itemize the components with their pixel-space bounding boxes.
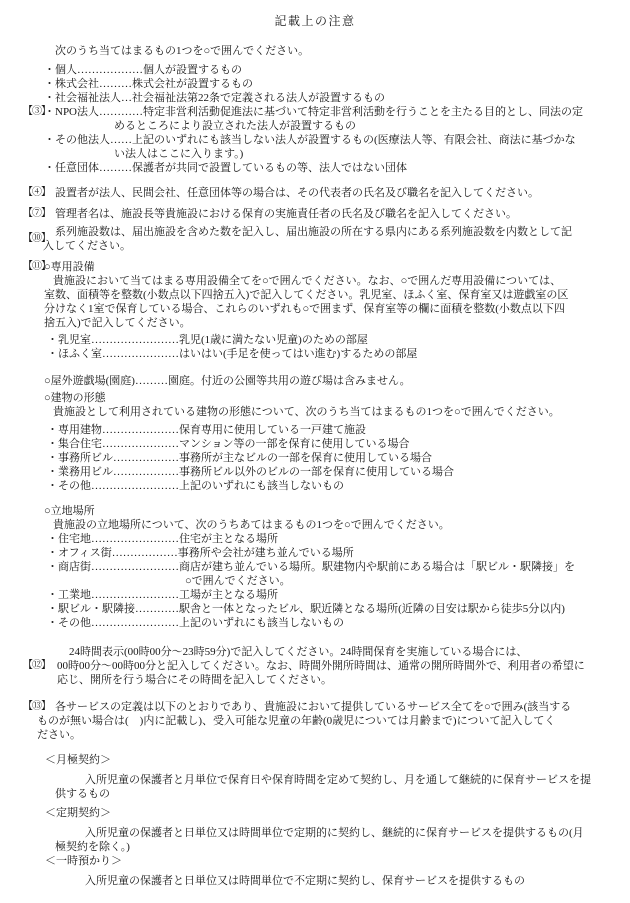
- contract-monthly-body-2: 供するもの: [0, 787, 630, 801]
- note-10-line-2: 【⑩】 入してください。: [0, 239, 630, 253]
- location-heading: ○立地場所: [0, 504, 630, 518]
- equip-para-4: 捨五入)で記入してください。: [0, 316, 630, 330]
- note-7-text: 管理者名は、施設長等貴施設における保育の実施責任者の氏名及び職名を記入してくださ…: [55, 208, 517, 220]
- note-12-text-2: 00時00分〜00時00分と記入してください。なお、時間外開所時間は、通常の開所…: [57, 660, 585, 672]
- note-4-text: 設置者が法人、民間会社、任意団体等の場合は、その代表者の氏名及び職名を記入してく…: [55, 187, 539, 199]
- equip-item-nyujishitsu: ・乳児室……………………乳児(1歳に満たない児童)のための部屋: [0, 333, 630, 347]
- location-item-jutaku: ・住宅地……………………住宅が主となる場所: [0, 532, 630, 546]
- setter-item-npo-text: ・NPO法人…………特定非営利活動促進法に基づいて特定非営利活動を行うことを主た…: [44, 106, 583, 118]
- setter-item-sonota: ・その他法人……上記のいずれにも該当しない法人が設置するもの(医療法人等、有限会…: [0, 133, 630, 147]
- building-item-senyo: ・専用建物…………………保育専用に使用している一戸建て施設: [0, 423, 630, 437]
- equip-heading-text: ○専用設備: [44, 261, 95, 273]
- location-item-office: ・オフィス街………………事務所や会社が建ち並んでいる場所: [0, 546, 630, 560]
- building-item-jimusho: ・事務所ビル………………事務所が主なビルの一部を保育に使用している場合: [0, 451, 630, 465]
- building-item-shugo: ・集合住宅…………………マンション等の一部を保育に使用している場合: [0, 437, 630, 451]
- setter-item-kojin: ・個人………………個人が設置するもの: [0, 63, 630, 77]
- location-item-sonota: ・その他……………………上記のいずれにも該当しないもの: [0, 616, 630, 630]
- location-item-shoten-cont: ○で囲んでください。: [0, 574, 630, 588]
- location-item-kogyo: ・工業地……………………工場が主となる場所: [0, 588, 630, 602]
- marker-12: 【⑫】: [23, 659, 50, 673]
- playground-line: ○屋外遊戯場(園庭)………園庭。付近の公園等共用の遊び場は含みません。: [0, 374, 630, 388]
- marker-7: 【⑦】: [23, 207, 50, 221]
- contract-monthly-body-1: 入所児童の保護者と月単位で保育日や保育時間を定めて契約し、月を通して継続的に保育…: [0, 773, 630, 787]
- building-lead: 貴施設として利用されている建物の形態について、次のうち当てはまるもの1つを○で囲…: [0, 405, 630, 419]
- building-item-gyomu: ・業務用ビル………………事務所ビル以外のビルの一部を保育に使用している場合: [0, 465, 630, 479]
- contract-monthly-heading: ＜月極契約＞: [0, 753, 630, 767]
- setter-item-npo: 【③】 ・NPO法人…………特定非営利活動促進法に基づいて特定非営利活動を行うこ…: [0, 105, 630, 119]
- setter-item-kabushiki: ・株式会社………株式会社が設置するもの: [0, 77, 630, 91]
- document-page: 記載上の注意 次のうち当てはまるもの1つを○で囲んでください。 ・個人………………: [0, 0, 630, 903]
- note-13-line-3: ださい。: [0, 728, 630, 742]
- contract-regular-heading: ＜定期契約＞: [0, 806, 630, 820]
- note-10-line-1: 系列施設数は、届出施設を含めた数を記入し、届出施設の所在する県内にある系列施設数…: [0, 225, 630, 239]
- note-12-line-3: 応じ、開所を行う場合にその時間を記入してください。: [0, 673, 630, 687]
- contract-temporary-body-1: 入所児童の保護者と日単位又は時間単位で不定期に契約し、保育サービスを提供するもの: [0, 874, 630, 888]
- setter-item-nini: ・任意団体………保護者が共同で設置しているもの等、法人ではない団体: [0, 161, 630, 175]
- note-12-line-2: 【⑫】 00時00分〜00時00分と記入してください。なお、時間外開所時間は、通…: [0, 659, 630, 673]
- location-lead: 貴施設の立地場所について、次のうちあてはまるもの1つを○で囲んでください。: [0, 518, 630, 532]
- setter-item-sonota-cont: い法人はここに入ります。): [0, 147, 630, 161]
- note-13-line-2: ものが無い場合は( )内に記載し)、受入可能な児童の年齢(0歳児については月齢ま…: [0, 714, 630, 728]
- note-13-line-1: 【⑬】 各サービスの定義は以下のとおりであり、貴施設において提供しているサービス…: [0, 700, 630, 714]
- contract-regular-body-1: 入所児童の保護者と日単位又は時間単位で定期的に契約し、継続的に保育サービスを提供…: [0, 826, 630, 840]
- setter-item-npo-cont: めるところにより設立された法人が設置するもの: [0, 119, 630, 133]
- note-13-text-1: 各サービスの定義は以下のとおりであり、貴施設において提供しているサービス全てを○…: [55, 701, 571, 713]
- note-4-line: 【④】 設置者が法人、民間会社、任意団体等の場合は、その代表者の氏名及び職名を記…: [0, 186, 630, 200]
- location-item-shoten: ・商店街……………………商店が建ち並んでいる場所。駅建物内や駅前にある場合は「駅…: [0, 560, 630, 574]
- marker-11: 【⑪】: [23, 260, 50, 274]
- equip-item-hofukushitsu: ・ほふく室…………………はいはい(手足を使ってはい進む)するための部屋: [0, 347, 630, 361]
- equip-para-2: 室数、面積等を整数(小数点以下四捨五入)で記入してください。乳児室、ほふく室、保…: [0, 288, 630, 302]
- building-item-sonota: ・その他……………………上記のいずれにも該当しないもの: [0, 479, 630, 493]
- note-10-text-2: 入してください。: [43, 240, 131, 252]
- contract-temporary-heading: ＜一時預かり＞: [0, 854, 630, 868]
- contract-regular-body-2: 極契約を除く。): [0, 840, 630, 854]
- location-item-ekibiru: ・駅ビル・駅隣接…………駅舎と一体となったビル、駅近隣となる場所(近隣の目安は駅…: [0, 602, 630, 616]
- setter-item-shafuku: ・社会福祉法人…社会福祉法第22条で定義される法人が設置するもの: [0, 91, 630, 105]
- marker-10: 【⑩】: [23, 232, 50, 246]
- marker-4: 【④】: [23, 186, 50, 200]
- note-12-line-1: 24時間表示(00時00分〜23時59分)で記入してください。24時間保育を実施…: [0, 645, 630, 659]
- marker-13: 【⑬】: [23, 700, 50, 714]
- note-7-line: 【⑦】 管理者名は、施設長等貴施設における保育の実施責任者の氏名及び職名を記入し…: [0, 207, 630, 221]
- equip-para-3: 分けなく1室で保育している場合、これらのいずれも○で囲まず、保育室等の欄に面積を…: [0, 302, 630, 316]
- setter-lead: 次のうち当てはまるもの1つを○で囲んでください。: [0, 44, 630, 58]
- building-heading: ○建物の形態: [0, 391, 630, 405]
- note-11-equip-heading: 【⑪】 ○専用設備: [0, 260, 630, 274]
- marker-3: 【③】: [23, 105, 50, 119]
- equip-para-1: 貴施設において当てはまる専用設備全てを○で囲んでください。なお、○で囲んだ専用設…: [0, 274, 630, 288]
- page-title: 記載上の注意: [0, 13, 630, 29]
